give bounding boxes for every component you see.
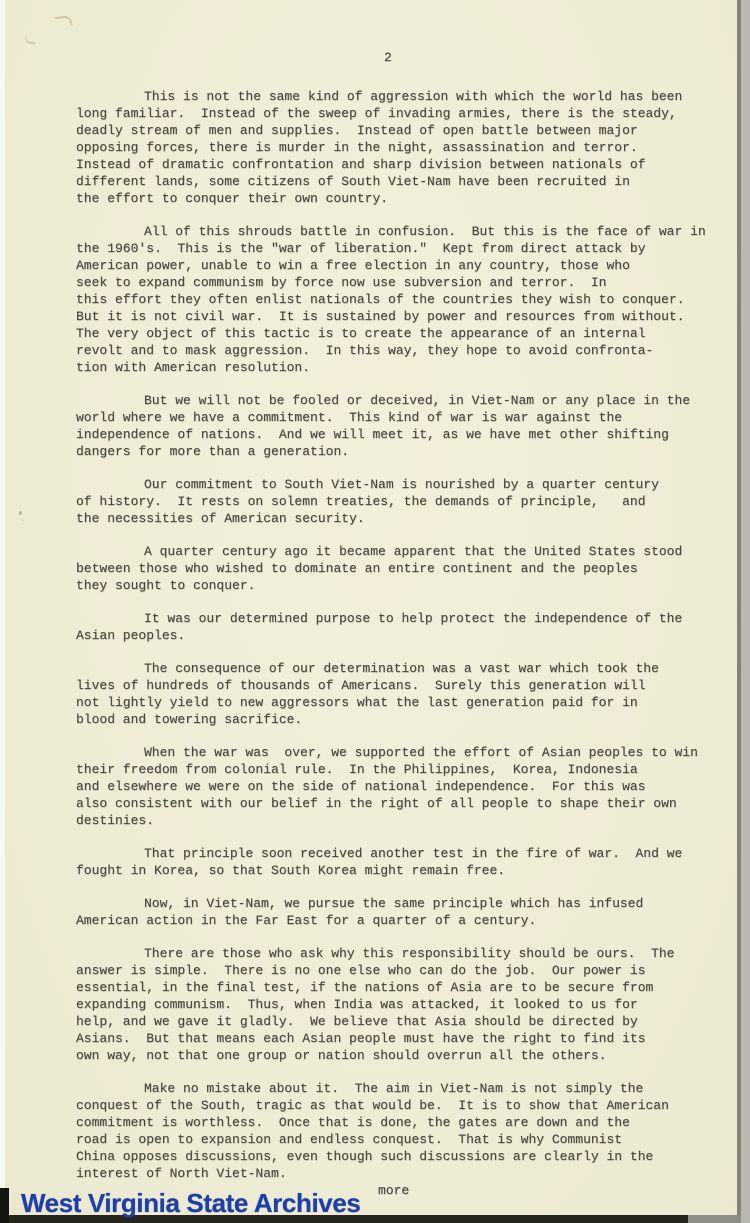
paragraph: That principle soon received another tes… [76,845,688,879]
text-line: fought in Korea, so that South Korea mig… [76,862,688,879]
text-line: There are those who ask why this respons… [76,945,688,962]
text-line: of history. It rests on solemn treaties,… [76,493,688,510]
text-line: they sought to conquer. [76,577,688,594]
text-line: help, and we gave it gladly. We believe … [76,1013,688,1030]
text-line: expanding communism. Thus, when India wa… [76,996,688,1013]
text-line: deadly stream of men and supplies. Inste… [76,122,688,139]
text-line: But we will not be fooled or deceived, i… [76,392,688,409]
scan-corner-black [0,1188,9,1223]
text-line: seek to expand communism by force now us… [76,274,688,291]
text-line: All of this shrouds battle in confusion.… [76,223,688,240]
scan-edge-bottom-right [688,1215,741,1223]
paragraph: But we will not be fooled or deceived, i… [76,392,688,460]
text-line: the effort to conquer their own country. [76,190,688,207]
document-body: This is not the same kind of aggression … [76,88,688,1182]
paragraph: It was our determined purpose to help pr… [76,610,688,644]
text-line: road is open to expansion and endless co… [76,1131,688,1148]
text-line: Asians. But that means each Asian people… [76,1030,688,1047]
text-line: different lands, some citizens of South … [76,173,688,190]
paragraph: When the war was over, we supported the … [76,744,688,829]
paragraph: All of this shrouds battle in confusion.… [76,223,688,376]
paragraph: The consequence of our determination was… [76,660,688,728]
text-line: between those who wished to dominate an … [76,560,688,577]
text-line: China opposes discussions, even though s… [76,1148,688,1165]
text-line: destinies. [76,812,688,829]
page-number: 2 [384,50,392,65]
text-line: their freedom from colonial rule. In the… [76,761,688,778]
text-line: Asian peoples. [76,627,688,644]
text-line: also consistent with our belief in the r… [76,795,688,812]
text-line: tion with American resolution. [76,359,688,376]
text-line: Instead of dramatic confrontation and sh… [76,156,688,173]
text-line: long familiar. Instead of the sweep of i… [76,105,688,122]
text-line: A quarter century ago it became apparent… [76,543,688,560]
text-line: essential, in the final test, if the nat… [76,979,688,996]
paragraph: Now, in Viet-Nam, we pursue the same pri… [76,895,688,929]
text-line: American action in the Far East for a qu… [76,912,688,929]
text-line: blood and towering sacrifice. [76,711,688,728]
scan-edge-left [0,0,5,1223]
text-line: That principle soon received another tes… [76,845,688,862]
continuation-marker: more [378,1183,409,1198]
text-line: the necessities of American security. [76,510,688,527]
paragraph: A quarter century ago it became apparent… [76,543,688,594]
text-line: own way, not that one group or nation sh… [76,1047,688,1064]
text-line: revolt and to mask aggression. In this w… [76,342,688,359]
text-line: this effort they often enlist nationals … [76,291,688,308]
text-line: When the war was over, we supported the … [76,744,688,761]
text-line: It was our determined purpose to help pr… [76,610,688,627]
text-line: lives of hundreds of thousands of Americ… [76,677,688,694]
paragraph: Make no mistake about it. The aim in Vie… [76,1080,688,1182]
paper-smudge [54,15,72,28]
text-line: interest of North Viet-Nam. [76,1165,688,1182]
text-line: This is not the same kind of aggression … [76,88,688,105]
text-line: and elsewhere we were on the side of nat… [76,778,688,795]
text-line: conquest of the South, tragic as that wo… [76,1097,688,1114]
text-line: The very object of this tactic is to cre… [76,325,688,342]
text-line: Now, in Viet-Nam, we pursue the same pri… [76,895,688,912]
text-line: dangers for more than a generation. [76,443,688,460]
text-line: The consequence of our determination was… [76,660,688,677]
text-line: But it is not civil war. It is sustained… [76,308,688,325]
text-line: Make no mistake about it. The aim in Vie… [76,1080,688,1097]
text-line: independence of nations. And we will mee… [76,426,688,443]
archives-watermark: West Virginia State Archives [21,1188,360,1219]
text-line: the 1960's. This is the "war of liberati… [76,240,688,257]
scan-edge-right [741,0,750,1223]
text-line: Our commitment to South Viet-Nam is nour… [76,476,688,493]
text-line: world where we have a commitment. This k… [76,409,688,426]
paper-smudge [19,511,22,515]
text-line: opposing forces, there is murder in the … [76,139,688,156]
text-line: not lightly yield to new aggressors what… [76,694,688,711]
paragraph: Our commitment to South Viet-Nam is nour… [76,476,688,527]
scanned-document-page: 2 This is not the same kind of aggressio… [0,0,750,1223]
paper-smudge [25,35,37,44]
text-line: commitment is worthless. Once that is do… [76,1114,688,1131]
text-line: answer is simple. There is no one else w… [76,962,688,979]
scan-edge-right-shadow [737,0,741,1223]
paragraph: There are those who ask why this respons… [76,945,688,1064]
text-line: American power, unable to win a free ele… [76,257,688,274]
paragraph: This is not the same kind of aggression … [76,88,688,207]
